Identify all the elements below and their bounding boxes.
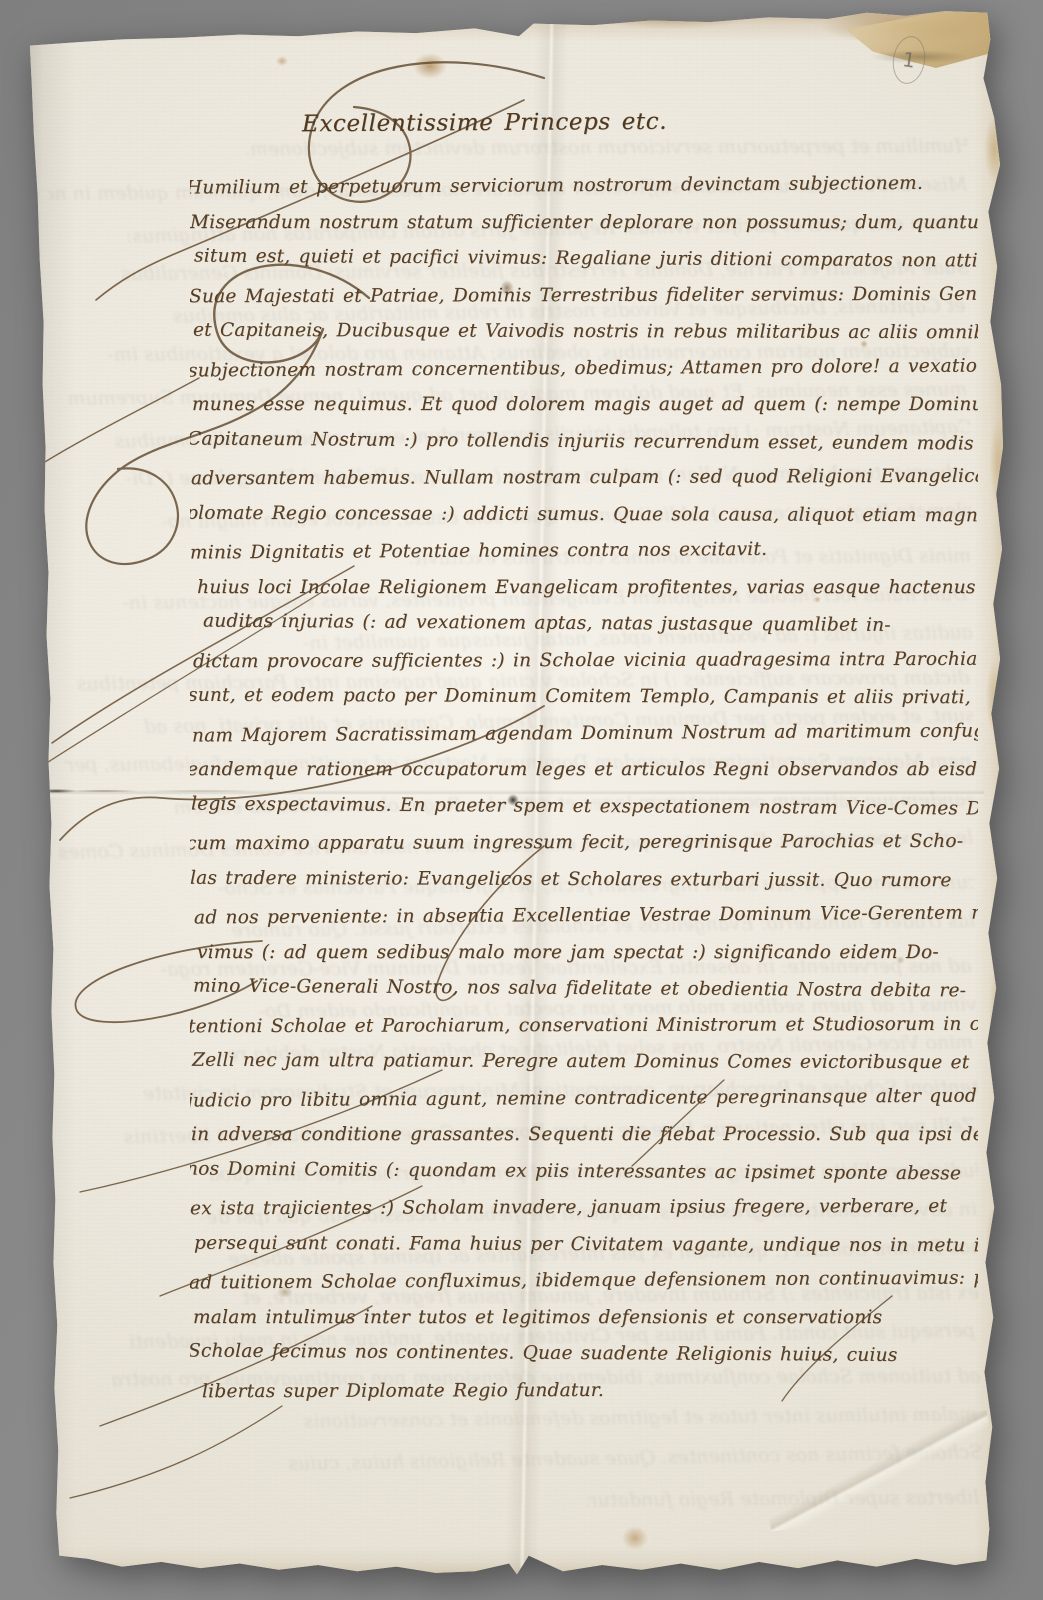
edge-ink-spot <box>26 1038 38 1054</box>
manuscript-page: Humilium et perpetuorum serviciorum nost… <box>24 8 1004 1576</box>
paper-grain-texture <box>24 8 1004 1576</box>
edge-ink-spot <box>24 338 34 356</box>
scan-background: Humilium et perpetuorum serviciorum nost… <box>0 0 1043 1600</box>
paper-shadow-wrap: Humilium et perpetuorum serviciorum nost… <box>0 0 1043 1600</box>
